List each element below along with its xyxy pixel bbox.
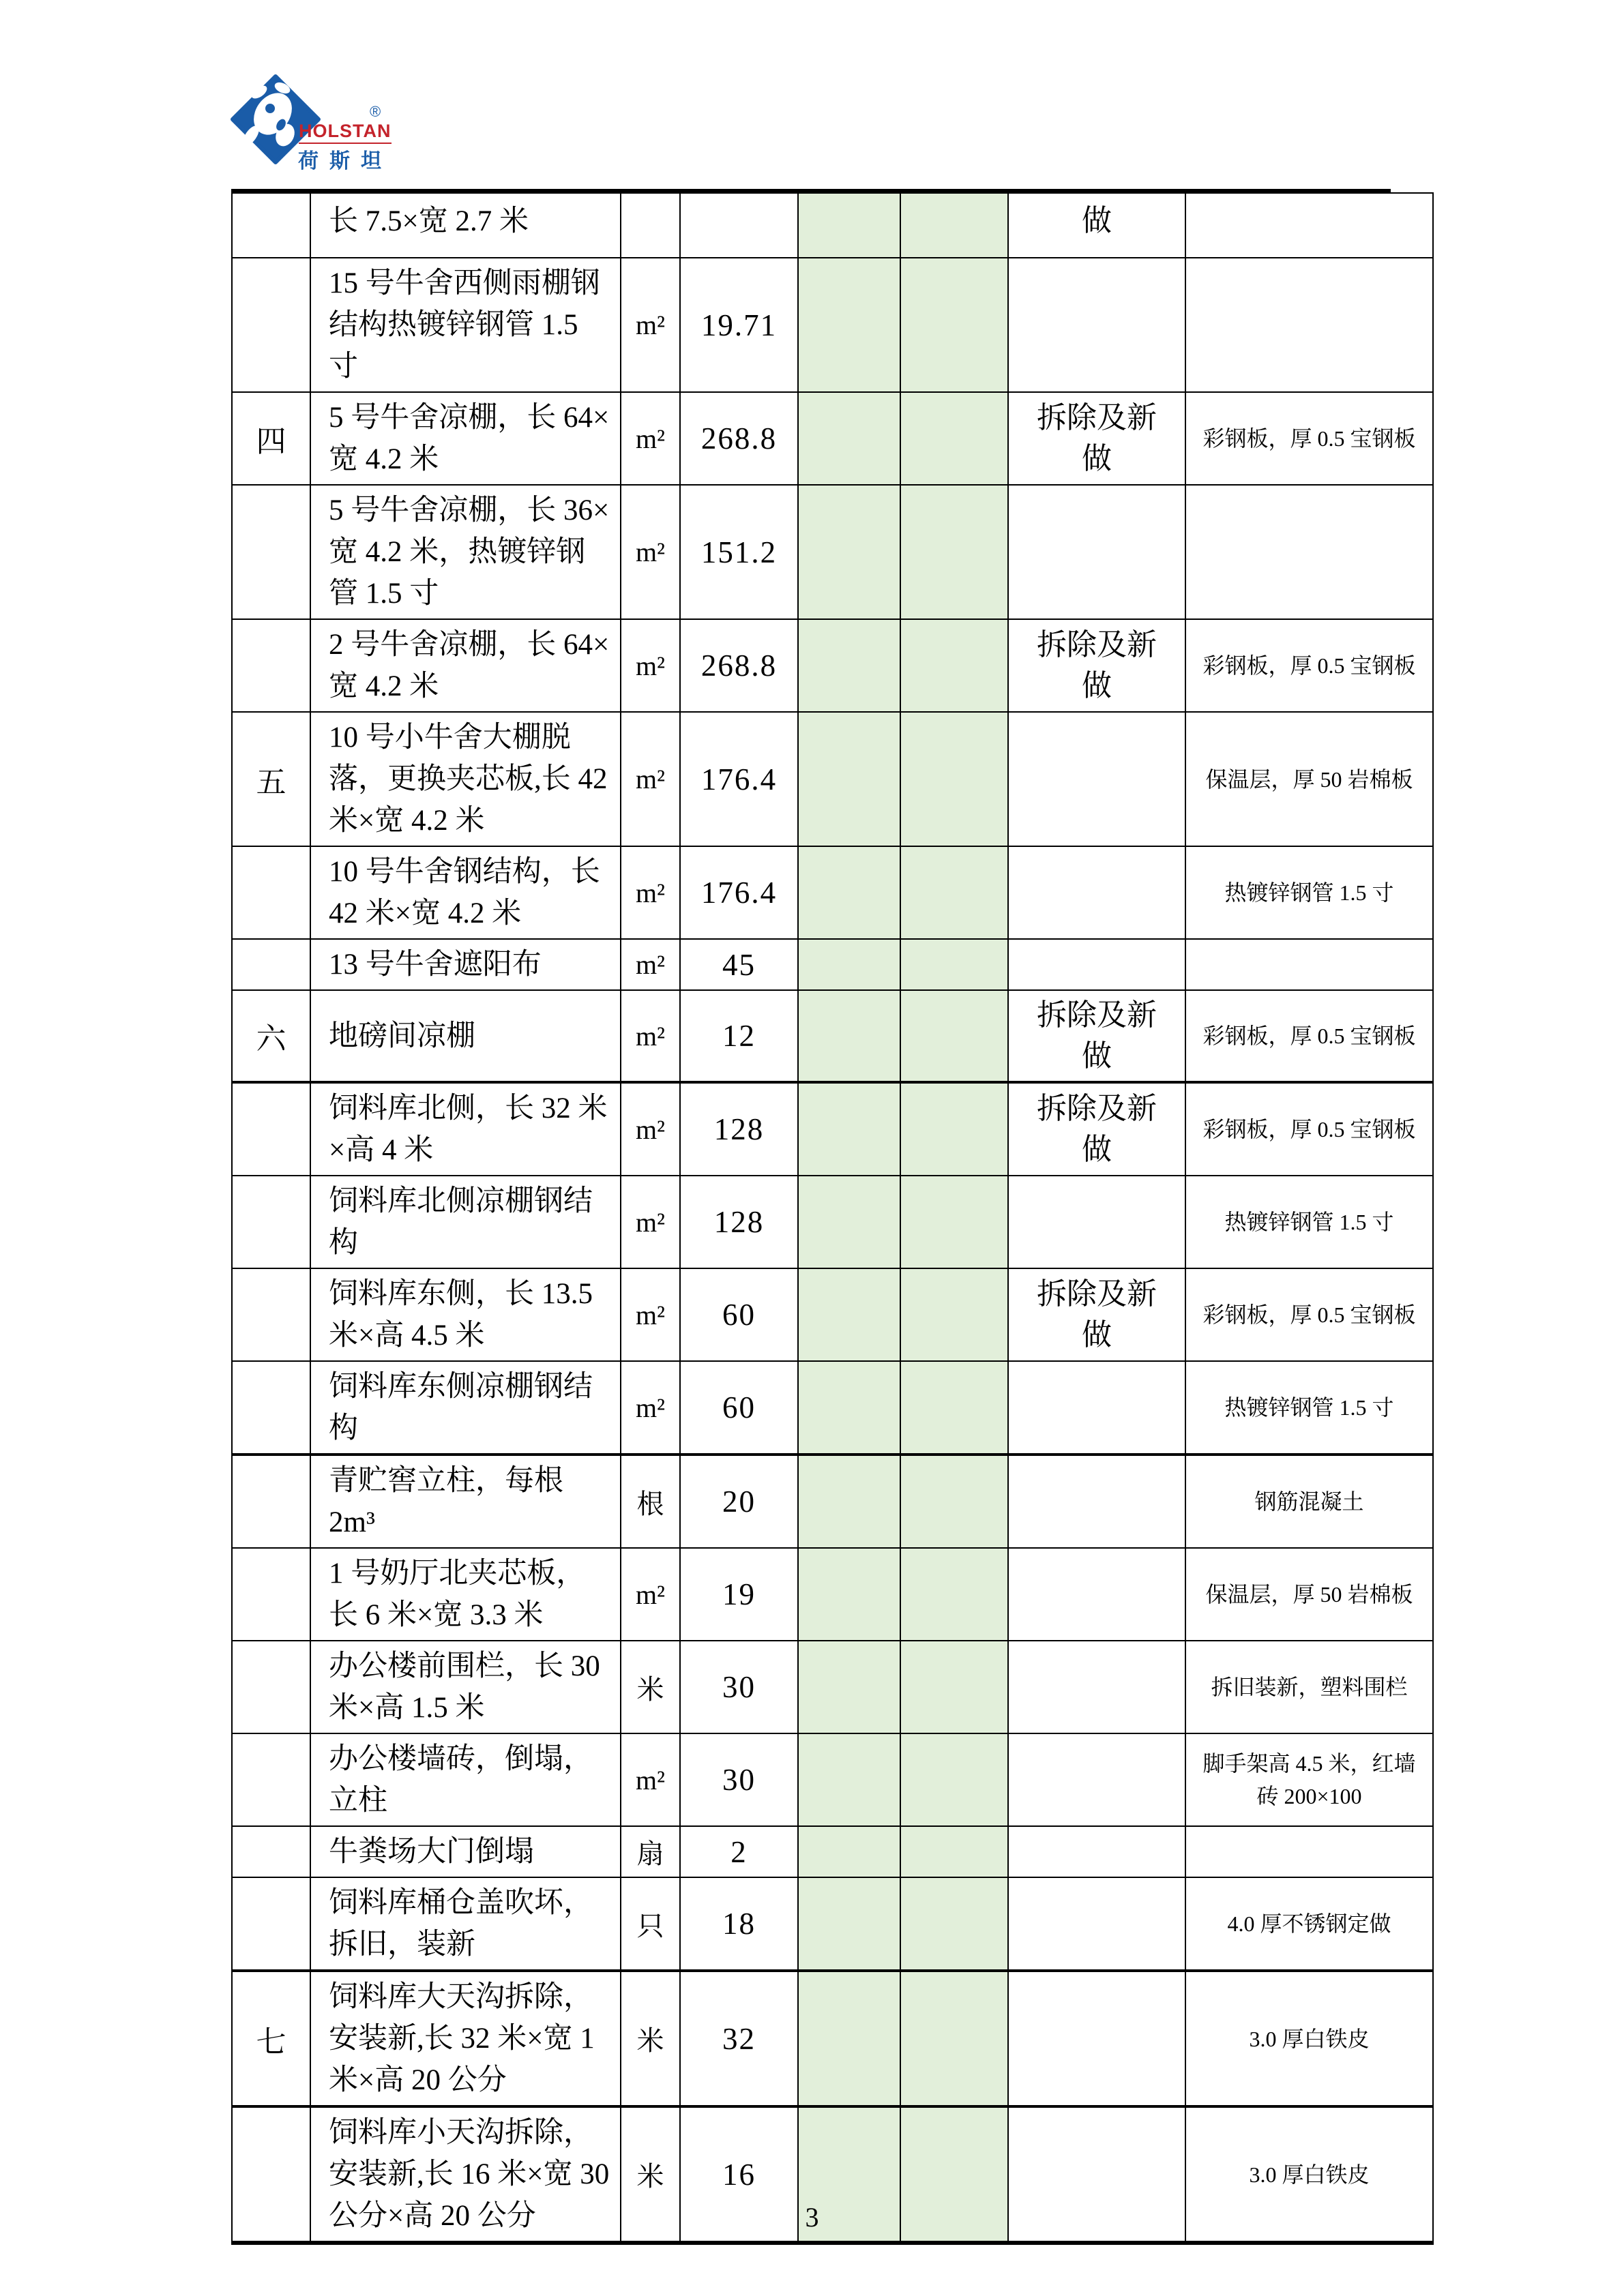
serial-cell: 四 bbox=[232, 392, 310, 485]
serial-cell bbox=[232, 846, 310, 939]
description-cell: 5 号牛舍凉棚，长 36×宽 4.2 米，热镀锌钢管 1.5 寸 bbox=[310, 485, 621, 619]
green-cell-1 bbox=[798, 1877, 900, 1971]
green-cell-1 bbox=[798, 1733, 900, 1826]
quantity-cell: 45 bbox=[680, 939, 798, 990]
quantity-cell: 128 bbox=[680, 1082, 798, 1176]
note-cell bbox=[1185, 1826, 1433, 1877]
unit-cell: m² bbox=[621, 1361, 680, 1455]
note-cell: 彩钢板，厚 0.5 宝钢板 bbox=[1185, 619, 1433, 712]
unit-cell: m² bbox=[621, 1176, 680, 1268]
green-cell-2 bbox=[900, 1733, 1008, 1826]
table-row: 五 10 号小牛舍大棚脱落，更换夹芯板,长 42 米×宽 4.2 米 m² 17… bbox=[232, 712, 1433, 846]
quantity-cell: 176.4 bbox=[680, 846, 798, 939]
action-cell bbox=[1008, 258, 1185, 392]
green-cell-2 bbox=[900, 939, 1008, 990]
quantity-cell: 60 bbox=[680, 1361, 798, 1455]
green-cell-1 bbox=[798, 193, 900, 258]
green-cell-1 bbox=[798, 1548, 900, 1641]
green-cell-1 bbox=[798, 619, 900, 712]
table-row: 饲料库东侧凉棚钢结构 m² 60 热镀锌钢管 1.5 寸 bbox=[232, 1361, 1433, 1455]
description-cell: 5 号牛舍凉棚，长 64×宽 4.2 米 bbox=[310, 392, 621, 485]
unit-cell: 米 bbox=[621, 1971, 680, 2106]
green-cell-1 bbox=[798, 990, 900, 1082]
green-cell-2 bbox=[900, 846, 1008, 939]
table-row: 饲料库北侧，长 32 米×高 4 米 m² 128 拆除及新做 彩钢板，厚 0.… bbox=[232, 1082, 1433, 1176]
unit-cell: 米 bbox=[621, 1641, 680, 1733]
table-row: 办公楼前围栏，长 30 米×高 1.5 米 米 30 拆旧装新，塑料围栏 bbox=[232, 1641, 1433, 1733]
description-cell: 牛粪场大门倒塌 bbox=[310, 1826, 621, 1877]
quantity-cell: 30 bbox=[680, 1641, 798, 1733]
quantity-cell: 2 bbox=[680, 1826, 798, 1877]
note-cell bbox=[1185, 485, 1433, 619]
note-cell: 保温层，厚 50 岩棉板 bbox=[1185, 712, 1433, 846]
action-cell: 做 bbox=[1008, 193, 1185, 258]
action-cell bbox=[1008, 485, 1185, 619]
quantity-cell: 268.8 bbox=[680, 619, 798, 712]
quantity-cell: 20 bbox=[680, 1455, 798, 1548]
action-cell: 拆除及新做 bbox=[1008, 1268, 1185, 1361]
serial-cell bbox=[232, 485, 310, 619]
quantity-cell: 12 bbox=[680, 990, 798, 1082]
note-cell: 4.0 厚不锈钢定做 bbox=[1185, 1877, 1433, 1971]
action-cell bbox=[1008, 1733, 1185, 1826]
serial-cell: 七 bbox=[232, 1971, 310, 2106]
unit-cell: m² bbox=[621, 485, 680, 619]
table-row: 饲料库东侧，长 13.5 米×高 4.5 米 m² 60 拆除及新做 彩钢板，厚… bbox=[232, 1268, 1433, 1361]
green-cell-1 bbox=[798, 258, 900, 392]
green-cell-2 bbox=[900, 1641, 1008, 1733]
green-cell-2 bbox=[900, 258, 1008, 392]
action-cell bbox=[1008, 1548, 1185, 1641]
brand-name-en: HOLSTAN bbox=[299, 121, 392, 144]
description-cell: 13 号牛舍遮阳布 bbox=[310, 939, 621, 990]
note-cell: 热镀锌钢管 1.5 寸 bbox=[1185, 846, 1433, 939]
page-number: 3 bbox=[0, 2201, 1624, 2233]
green-cell-2 bbox=[900, 1361, 1008, 1455]
action-cell: 拆除及新做 bbox=[1008, 990, 1185, 1082]
green-cell-1 bbox=[798, 1361, 900, 1455]
serial-cell bbox=[232, 1361, 310, 1455]
brand-name-zh: 荷斯坦 bbox=[298, 144, 392, 174]
quantity-cell: 268.8 bbox=[680, 392, 798, 485]
serial-cell bbox=[232, 1641, 310, 1733]
description-cell: 10 号牛舍钢结构，长 42 米×宽 4.2 米 bbox=[310, 846, 621, 939]
unit-cell: m² bbox=[621, 392, 680, 485]
note-cell: 拆旧装新，塑料围栏 bbox=[1185, 1641, 1433, 1733]
unit-cell: 根 bbox=[621, 1455, 680, 1548]
green-cell-2 bbox=[900, 1268, 1008, 1361]
table-row: 饲料库桶仓盖吹坏，拆旧，装新 只 18 4.0 厚不锈钢定做 bbox=[232, 1877, 1433, 1971]
table-row: 六 地磅间凉棚 m² 12 拆除及新做 彩钢板，厚 0.5 宝钢板 bbox=[232, 990, 1433, 1082]
table-row: 2 号牛舍凉棚，长 64×宽 4.2 米 m² 268.8 拆除及新做 彩钢板，… bbox=[232, 619, 1433, 712]
action-cell bbox=[1008, 939, 1185, 990]
green-cell-1 bbox=[798, 1971, 900, 2106]
action-cell bbox=[1008, 1641, 1185, 1733]
description-cell: 2 号牛舍凉棚，长 64×宽 4.2 米 bbox=[310, 619, 621, 712]
green-cell-2 bbox=[900, 1971, 1008, 2106]
green-cell-1 bbox=[798, 939, 900, 990]
serial-cell: 六 bbox=[232, 990, 310, 1082]
description-cell: 饲料库北侧凉棚钢结构 bbox=[310, 1176, 621, 1268]
note-cell: 保温层，厚 50 岩棉板 bbox=[1185, 1548, 1433, 1641]
table-row: 1 号奶厅北夹芯板，长 6 米×宽 3.3 米 m² 19 保温层，厚 50 岩… bbox=[232, 1548, 1433, 1641]
action-cell bbox=[1008, 1176, 1185, 1268]
green-cell-2 bbox=[900, 712, 1008, 846]
quantity-cell: 30 bbox=[680, 1733, 798, 1826]
green-cell-1 bbox=[798, 1176, 900, 1268]
table-row: 长 7.5×宽 2.7 米 做 bbox=[232, 193, 1433, 258]
green-cell-1 bbox=[798, 1268, 900, 1361]
quantity-cell: 60 bbox=[680, 1268, 798, 1361]
note-cell bbox=[1185, 258, 1433, 392]
holstan-logo: HOLSTAN 荷斯坦 ® bbox=[231, 65, 537, 181]
description-cell: 1 号奶厅北夹芯板，长 6 米×宽 3.3 米 bbox=[310, 1548, 621, 1641]
serial-cell bbox=[232, 193, 310, 258]
unit-cell: m² bbox=[621, 1548, 680, 1641]
green-cell-1 bbox=[798, 846, 900, 939]
unit-cell: m² bbox=[621, 1082, 680, 1176]
quantity-cell: 128 bbox=[680, 1176, 798, 1268]
description-cell: 15 号牛舍西侧雨棚钢结构热镀锌钢管 1.5 寸 bbox=[310, 258, 621, 392]
note-cell: 彩钢板，厚 0.5 宝钢板 bbox=[1185, 392, 1433, 485]
unit-cell: m² bbox=[621, 939, 680, 990]
unit-cell: m² bbox=[621, 990, 680, 1082]
serial-cell bbox=[232, 1826, 310, 1877]
description-cell: 饲料库北侧，长 32 米×高 4 米 bbox=[310, 1082, 621, 1176]
green-cell-2 bbox=[900, 1082, 1008, 1176]
description-cell: 地磅间凉棚 bbox=[310, 990, 621, 1082]
action-cell: 拆除及新做 bbox=[1008, 1082, 1185, 1176]
serial-cell bbox=[232, 939, 310, 990]
green-cell-1 bbox=[798, 1455, 900, 1548]
serial-cell bbox=[232, 258, 310, 392]
serial-cell bbox=[232, 1176, 310, 1268]
serial-cell bbox=[232, 1877, 310, 1971]
action-cell: 拆除及新做 bbox=[1008, 392, 1185, 485]
unit-cell: m² bbox=[621, 712, 680, 846]
description-cell: 长 7.5×宽 2.7 米 bbox=[310, 193, 621, 258]
description-cell: 青贮窖立柱，每根 2m³ bbox=[310, 1455, 621, 1548]
green-cell-2 bbox=[900, 619, 1008, 712]
green-cell-2 bbox=[900, 1826, 1008, 1877]
table-row: 办公楼墙砖，倒塌，立柱 m² 30 脚手架高 4.5 米，红墙砖 200×100 bbox=[232, 1733, 1433, 1826]
description-cell: 10 号小牛舍大棚脱落，更换夹芯板,长 42 米×宽 4.2 米 bbox=[310, 712, 621, 846]
green-cell-1 bbox=[798, 712, 900, 846]
note-cell: 彩钢板，厚 0.5 宝钢板 bbox=[1185, 1082, 1433, 1176]
note-cell: 钢筋混凝土 bbox=[1185, 1455, 1433, 1548]
green-cell-2 bbox=[900, 990, 1008, 1082]
serial-cell bbox=[232, 1733, 310, 1826]
unit-cell: m² bbox=[621, 619, 680, 712]
green-cell-2 bbox=[900, 1176, 1008, 1268]
action-cell bbox=[1008, 1455, 1185, 1548]
action-cell bbox=[1008, 1971, 1185, 2106]
action-cell: 拆除及新做 bbox=[1008, 619, 1185, 712]
table-row: 青贮窖立柱，每根 2m³ 根 20 钢筋混凝土 bbox=[232, 1455, 1433, 1548]
quantity-cell: 19 bbox=[680, 1548, 798, 1641]
unit-cell: m² bbox=[621, 1733, 680, 1826]
action-cell bbox=[1008, 846, 1185, 939]
unit-cell: m² bbox=[621, 1268, 680, 1361]
table-row: 牛粪场大门倒塌 扇 2 bbox=[232, 1826, 1433, 1877]
description-cell: 办公楼墙砖，倒塌，立柱 bbox=[310, 1733, 621, 1826]
quantity-cell: 19.71 bbox=[680, 258, 798, 392]
table-row: 10 号牛舍钢结构，长 42 米×宽 4.2 米 m² 176.4 热镀锌钢管 … bbox=[232, 846, 1433, 939]
note-cell bbox=[1185, 939, 1433, 990]
note-cell: 热镀锌钢管 1.5 寸 bbox=[1185, 1361, 1433, 1455]
green-cell-2 bbox=[900, 485, 1008, 619]
description-cell: 饲料库东侧凉棚钢结构 bbox=[310, 1361, 621, 1455]
document-page: HOLSTAN 荷斯坦 ® 长 7.5×宽 2.7 米 做 15 号牛舍西侧雨棚… bbox=[0, 0, 1624, 2296]
quantity-cell: 176.4 bbox=[680, 712, 798, 846]
repair-items-table: 长 7.5×宽 2.7 米 做 15 号牛舍西侧雨棚钢结构热镀锌钢管 1.5 寸… bbox=[231, 192, 1434, 2245]
unit-cell: m² bbox=[621, 258, 680, 392]
description-cell: 饲料库桶仓盖吹坏，拆旧，装新 bbox=[310, 1877, 621, 1971]
serial-cell bbox=[232, 1268, 310, 1361]
description-cell: 办公楼前围栏，长 30 米×高 1.5 米 bbox=[310, 1641, 621, 1733]
table-row: 四 5 号牛舍凉棚，长 64×宽 4.2 米 m² 268.8 拆除及新做 彩钢… bbox=[232, 392, 1433, 485]
table-row: 13 号牛舍遮阳布 m² 45 bbox=[232, 939, 1433, 990]
unit-cell: m² bbox=[621, 846, 680, 939]
green-cell-1 bbox=[798, 392, 900, 485]
quantity-cell: 18 bbox=[680, 1877, 798, 1971]
note-cell bbox=[1185, 193, 1433, 258]
serial-cell bbox=[232, 619, 310, 712]
quantity-cell: 32 bbox=[680, 1971, 798, 2106]
action-cell bbox=[1008, 712, 1185, 846]
note-cell: 热镀锌钢管 1.5 寸 bbox=[1185, 1176, 1433, 1268]
table-row: 七 饲料库大天沟拆除，安装新,长 32 米×宽 1 米×高 20 公分 米 32… bbox=[232, 1971, 1433, 2106]
table-row: 饲料库北侧凉棚钢结构 m² 128 热镀锌钢管 1.5 寸 bbox=[232, 1176, 1433, 1268]
action-cell bbox=[1008, 1361, 1185, 1455]
description-cell: 饲料库东侧，长 13.5 米×高 4.5 米 bbox=[310, 1268, 621, 1361]
serial-cell: 五 bbox=[232, 712, 310, 846]
action-cell bbox=[1008, 1877, 1185, 1971]
green-cell-1 bbox=[798, 1082, 900, 1176]
registered-trademark-icon: ® bbox=[370, 103, 381, 121]
unit-cell: 扇 bbox=[621, 1826, 680, 1877]
green-cell-1 bbox=[798, 485, 900, 619]
green-cell-1 bbox=[798, 1826, 900, 1877]
quantity-cell bbox=[680, 193, 798, 258]
note-cell: 彩钢板，厚 0.5 宝钢板 bbox=[1185, 990, 1433, 1082]
note-cell: 彩钢板，厚 0.5 宝钢板 bbox=[1185, 1268, 1433, 1361]
table-row: 15 号牛舍西侧雨棚钢结构热镀锌钢管 1.5 寸 m² 19.71 bbox=[232, 258, 1433, 392]
green-cell-2 bbox=[900, 1548, 1008, 1641]
serial-cell bbox=[232, 1082, 310, 1176]
unit-cell: 只 bbox=[621, 1877, 680, 1971]
green-cell-2 bbox=[900, 392, 1008, 485]
green-cell-2 bbox=[900, 1877, 1008, 1971]
green-cell-1 bbox=[798, 1641, 900, 1733]
note-cell: 脚手架高 4.5 米，红墙砖 200×100 bbox=[1185, 1733, 1433, 1826]
serial-cell bbox=[232, 1548, 310, 1641]
quantity-cell: 151.2 bbox=[680, 485, 798, 619]
description-cell: 饲料库大天沟拆除，安装新,长 32 米×宽 1 米×高 20 公分 bbox=[310, 1971, 621, 2106]
note-cell: 3.0 厚白铁皮 bbox=[1185, 1971, 1433, 2106]
table-row: 5 号牛舍凉棚，长 36×宽 4.2 米，热镀锌钢管 1.5 寸 m² 151.… bbox=[232, 485, 1433, 619]
serial-cell bbox=[232, 1455, 310, 1548]
green-cell-2 bbox=[900, 1455, 1008, 1548]
unit-cell bbox=[621, 193, 680, 258]
green-cell-2 bbox=[900, 193, 1008, 258]
action-cell bbox=[1008, 1826, 1185, 1877]
